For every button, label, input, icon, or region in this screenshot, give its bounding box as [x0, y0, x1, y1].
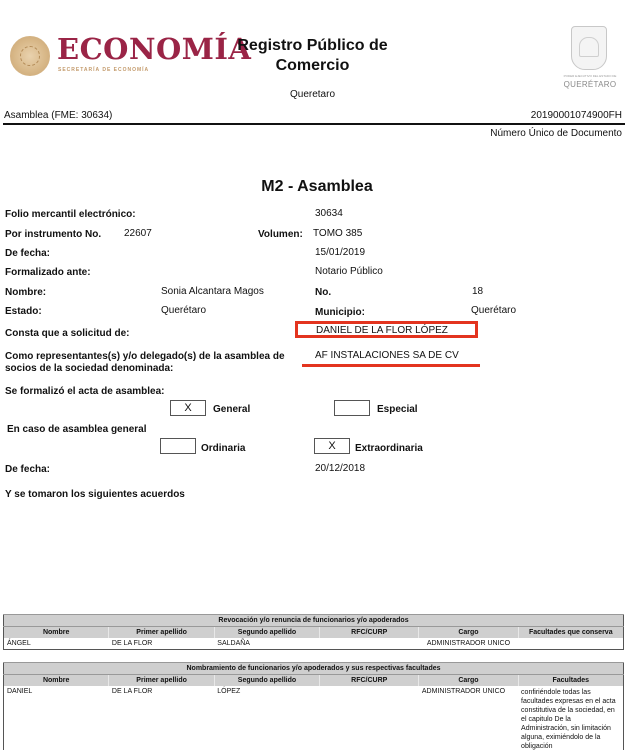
table-cell: ADMINISTRADOR UNICO: [419, 638, 518, 650]
column-header: Nombre: [4, 627, 109, 639]
economia-logo-subtitle: SECRETARÍA DE ECONOMÍA: [58, 67, 149, 73]
table-cell: [320, 638, 419, 650]
estado-label: Estado:: [5, 306, 42, 317]
folio-value: 30634: [315, 208, 343, 219]
nombre-label: Nombre:: [5, 287, 46, 298]
general-label: General: [213, 404, 250, 415]
asamblea-fme-label: Asamblea (FME: 30634): [4, 110, 112, 121]
formalizado-label: Formalizado ante:: [5, 267, 91, 278]
table-cell: DE LA FLOR: [109, 638, 214, 650]
notario-no-label: No.: [315, 287, 331, 298]
table-cell: [518, 638, 623, 650]
volumen-value: TOMO 385: [313, 228, 362, 239]
column-header: RFC/CURP: [320, 675, 419, 687]
table-row: ÁNGEL DE LA FLOR SALDAÑA ADMINISTRADOR U…: [4, 638, 624, 650]
caso-asamblea-label: En caso de asamblea general: [7, 424, 147, 435]
column-header: Segundo apellido: [214, 675, 319, 687]
table-cell: DE LA FLOR: [109, 686, 214, 750]
table-row: DANIEL DE LA FLOR LÓPEZ ADMINISTRADOR UN…: [4, 686, 624, 750]
representantes-highlight-underline: [302, 364, 480, 367]
acta-label: Se formalizó el acta de asamblea:: [5, 386, 165, 397]
table-cell: [320, 686, 419, 750]
nombramiento-table: Nombramiento de funcionarios y/o apodera…: [3, 662, 624, 750]
column-header: Cargo: [419, 627, 518, 639]
municipio-label: Municipio:: [315, 307, 365, 318]
facultades-cell: confiriéndole todas las facultades expre…: [518, 686, 623, 750]
notario-no-value: 18: [472, 286, 483, 297]
instrumento-value: 22607: [124, 228, 152, 239]
form-title-text: M2 - Asamblea: [261, 178, 372, 195]
municipio-value: Querétaro: [471, 305, 516, 316]
revocacion-table: Revocación y/o renuncia de funcionarios …: [3, 614, 624, 650]
representantes-label: Como representantes(s) y/o delegado(s) d…: [5, 351, 285, 375]
fecha-label: De fecha:: [5, 248, 50, 259]
column-header: Primer apellido: [109, 675, 214, 687]
formalizado-value: Notario Público: [315, 266, 383, 277]
column-header: Primer apellido: [109, 627, 214, 639]
registry-city: Queretaro: [200, 89, 425, 100]
representantes-value: AF INSTALACIONES SA DE CV: [315, 350, 459, 361]
column-header: Facultades: [518, 675, 623, 687]
table-cell: DANIEL: [4, 686, 109, 750]
estado-value: Querétaro: [161, 305, 206, 316]
column-header: Facultades que conserva: [518, 627, 623, 639]
table-cell: LÓPEZ: [214, 686, 319, 750]
fecha2-label: De fecha:: [5, 464, 50, 475]
column-header: Cargo: [419, 675, 518, 687]
form-title: M2 - Asamblea: [0, 178, 634, 196]
especial-label: Especial: [377, 404, 418, 415]
nombramiento-table-caption: Nombramiento de funcionarios y/o apodera…: [4, 663, 624, 675]
acuerdos-label: Y se tomaron los siguientes acuerdos: [5, 489, 185, 500]
representantes-label-line2: socios de la sociedad denominada:: [5, 363, 285, 375]
solicitud-label: Consta que a solicitud de:: [5, 328, 129, 339]
registry-title-line2: Comercio: [200, 56, 425, 76]
column-header: Segundo apellido: [214, 627, 319, 639]
table-cell: ÁNGEL: [4, 638, 109, 650]
extraordinaria-checkbox[interactable]: X: [314, 438, 350, 454]
extraordinaria-label: Extraordinaria: [355, 443, 423, 454]
revocacion-table-caption: Revocación y/o renuncia de funcionarios …: [4, 615, 624, 627]
nombre-value: Sonia Alcantara Magos: [161, 286, 264, 297]
registry-title: Registro Público de Comercio: [200, 36, 425, 76]
registry-title-line1: Registro Público de: [200, 36, 425, 56]
solicitud-value: DANIEL DE LA FLOR LÓPEZ: [316, 325, 448, 336]
ordinaria-checkbox[interactable]: [160, 438, 196, 454]
column-header: Nombre: [4, 675, 109, 687]
queretaro-logo-small-text: PODER EJECUTIVO DEL ESTADO DE: [560, 74, 620, 78]
volumen-label: Volumen:: [258, 229, 303, 240]
table-cell: ADMINISTRADOR UNICO: [419, 686, 518, 750]
especial-checkbox[interactable]: [334, 400, 370, 416]
table-cell: SALDAÑA: [214, 638, 319, 650]
header-divider: [3, 123, 625, 125]
document-number-caption: Número Único de Documento: [490, 128, 622, 139]
queretaro-shield-icon: [571, 26, 607, 70]
ordinaria-label: Ordinaria: [201, 443, 245, 454]
fecha2-value: 20/12/2018: [315, 463, 365, 474]
fecha-value: 15/01/2019: [315, 247, 365, 258]
queretaro-logo-text: QUERÉTARO: [560, 80, 620, 89]
column-header: RFC/CURP: [320, 627, 419, 639]
document-number: 20190001074900FH: [531, 110, 622, 121]
general-checkbox[interactable]: X: [170, 400, 206, 416]
instrumento-label: Por instrumento No.: [5, 229, 101, 240]
folio-label: Folio mercantil electrónico:: [5, 209, 136, 220]
representantes-label-line1: Como representantes(s) y/o delegado(s) d…: [5, 351, 285, 363]
mexico-seal-icon: [10, 36, 50, 76]
